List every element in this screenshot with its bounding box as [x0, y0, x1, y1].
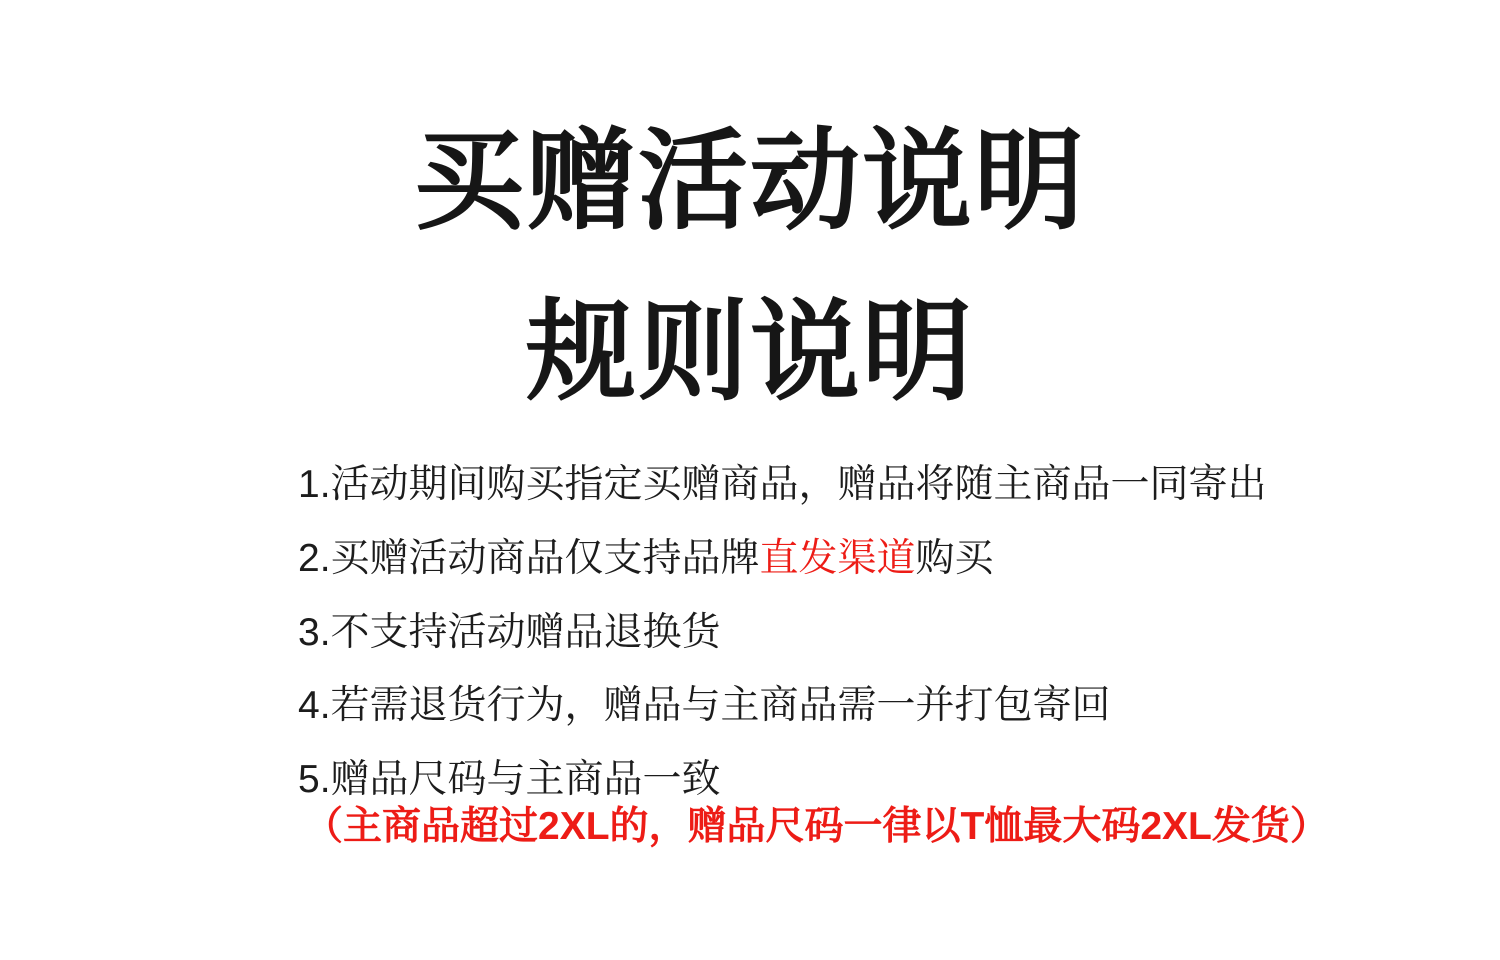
- page-subtitle: 规则说明: [0, 298, 1500, 408]
- rule-item-2-text: 2.买赠活动商品仅支持品牌: [298, 537, 760, 580]
- rule-item-2-highlight: 直发渠道: [760, 537, 916, 580]
- rule-item-4: 4.若需退货行为，赠品与主商品需一并打包寄回: [298, 683, 1298, 730]
- rule-item-2-text-after: 购买: [916, 537, 994, 580]
- page-title: 买赠活动说明: [0, 127, 1500, 237]
- rule-item-5: 5.赠品尺码与主商品一致: [298, 757, 1298, 804]
- rule-item-3: 3.不支持活动赠品退换货: [298, 610, 1298, 657]
- buy-gift-promo-notice: 买赠活动说明 规则说明 1.活动期间购买指定买赠商品，赠品将随主商品一同寄出 2…: [0, 0, 1500, 960]
- rule-item-5-size-note: （主商品超过2XL的，赠品尺码一律以T恤最大码2XL发货）: [298, 804, 1298, 851]
- rules-list: 1.活动期间购买指定买赠商品，赠品将随主商品一同寄出 2.买赠活动商品仅支持品牌…: [298, 462, 1298, 851]
- rule-item-1: 1.活动期间购买指定买赠商品，赠品将随主商品一同寄出: [298, 462, 1298, 509]
- rule-item-2: 2.买赠活动商品仅支持品牌直发渠道购买: [298, 536, 1298, 583]
